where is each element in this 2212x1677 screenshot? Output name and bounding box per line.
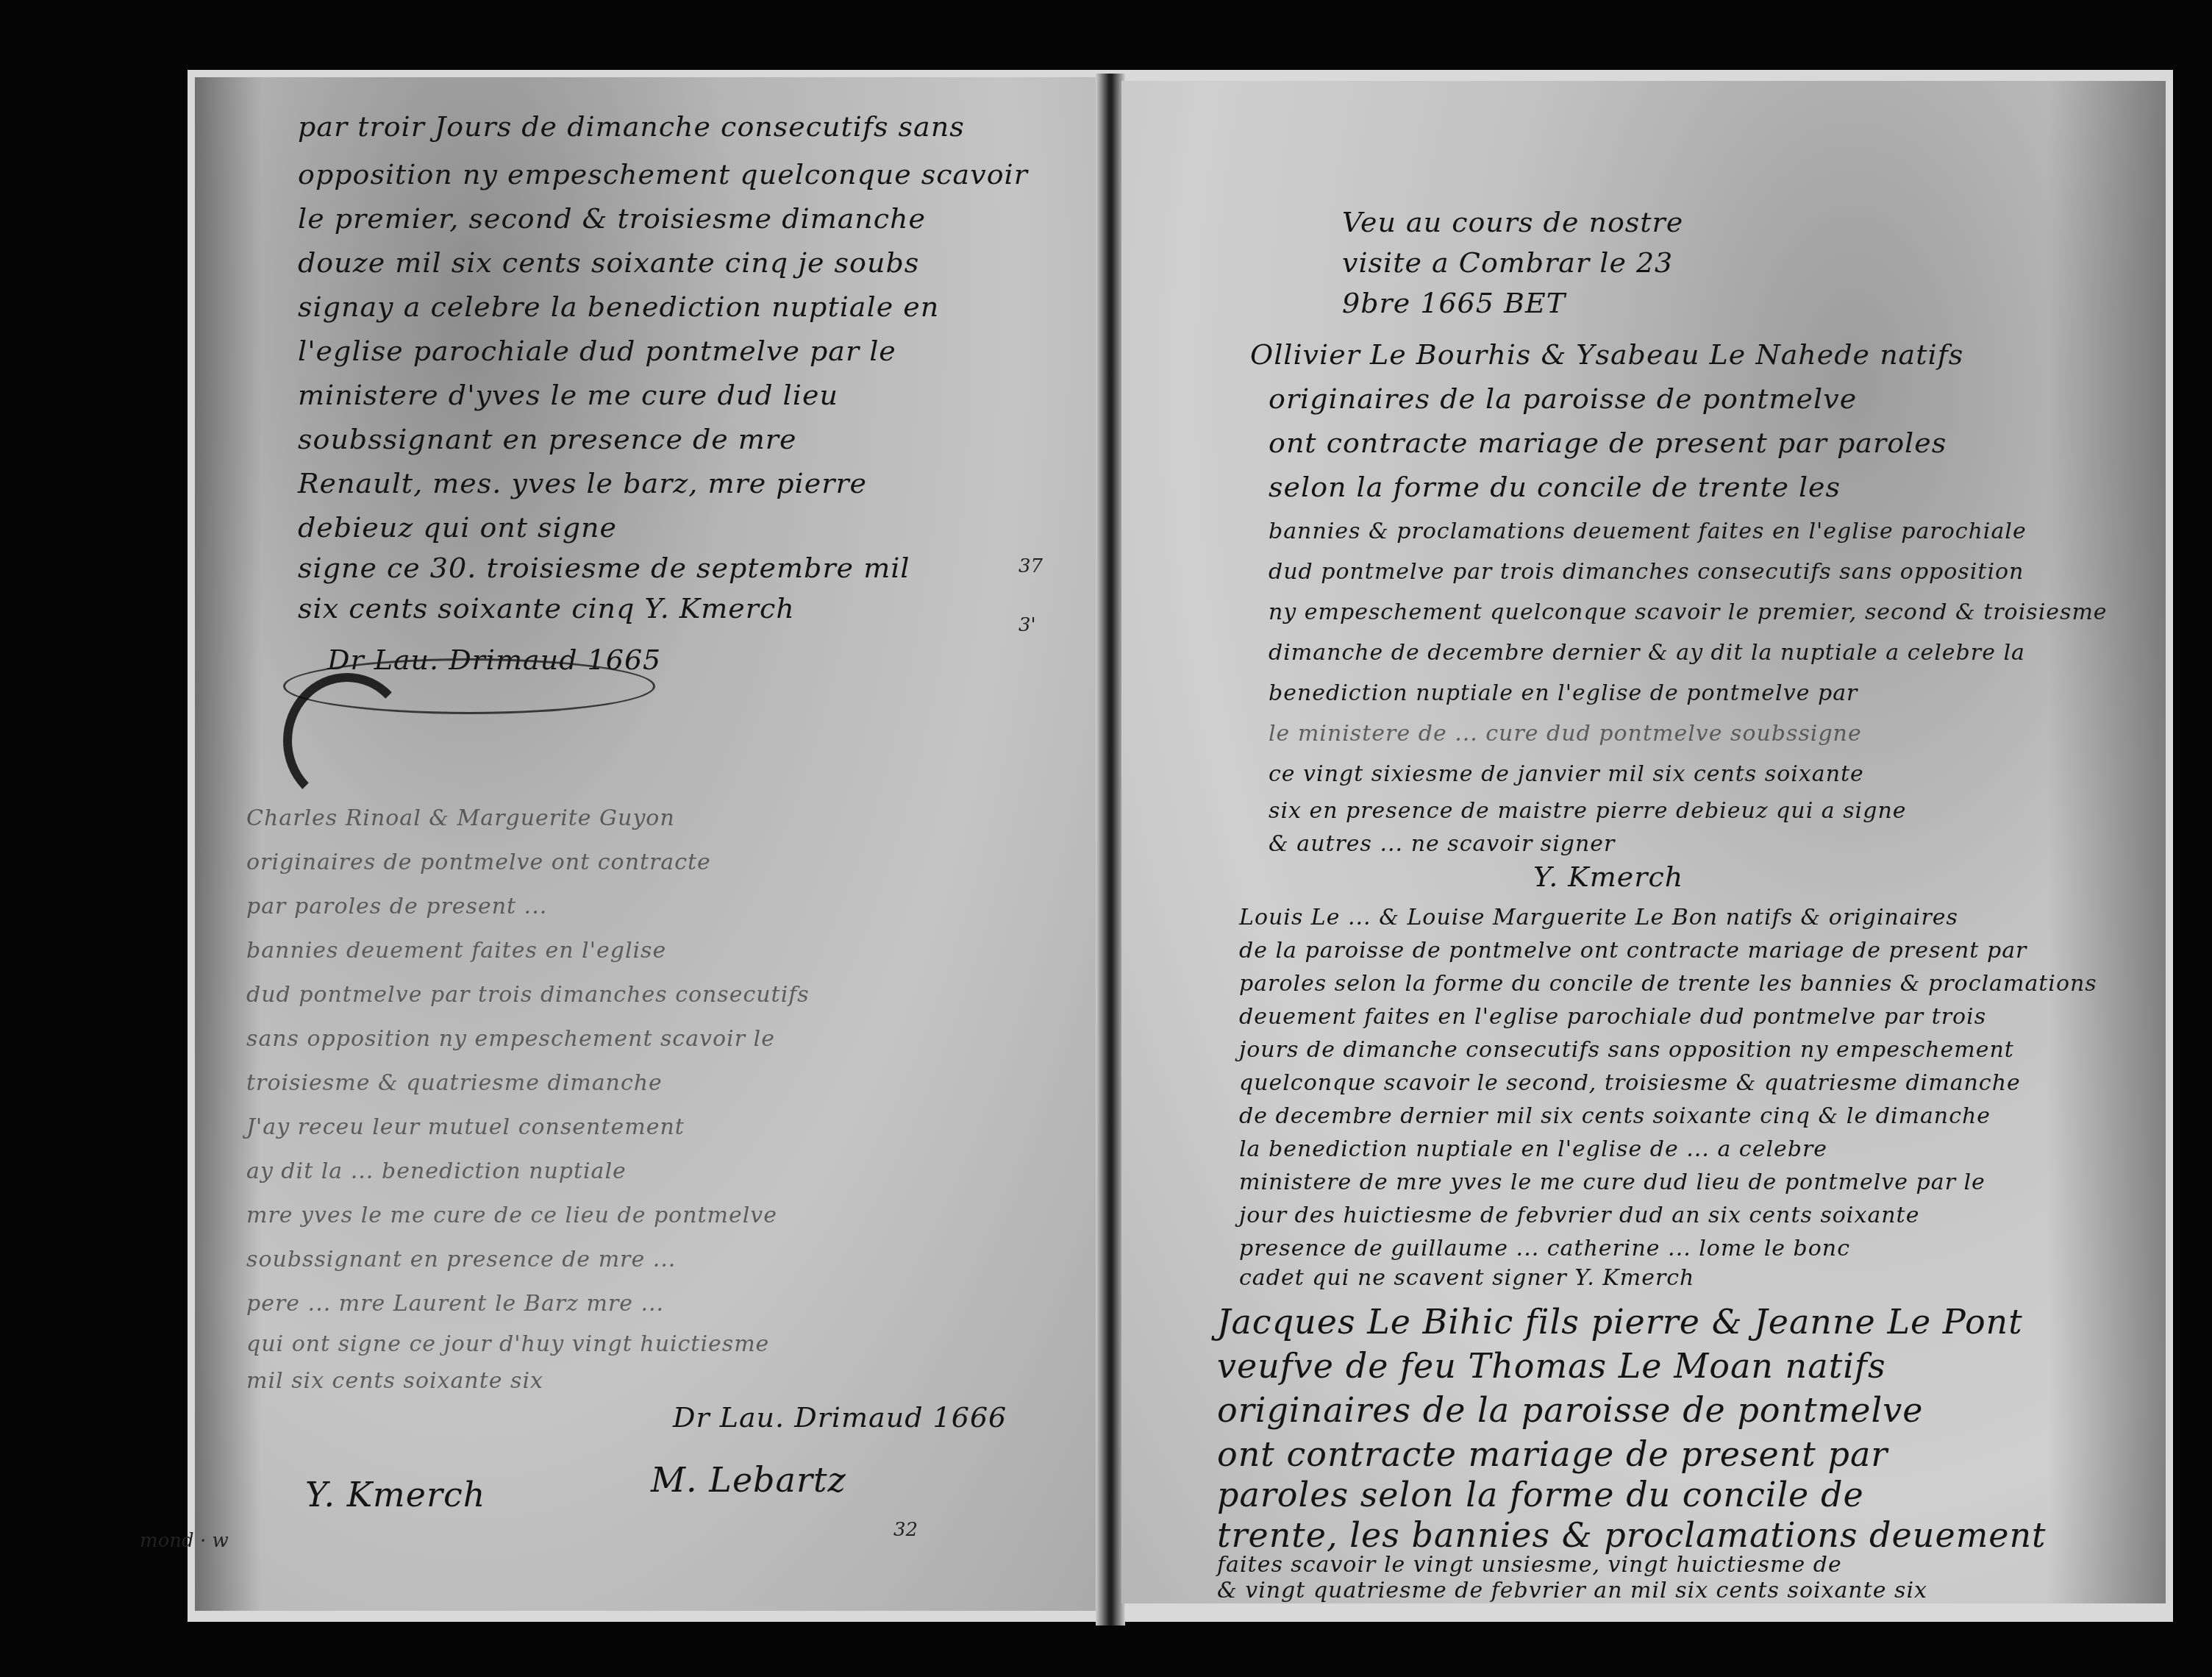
- text-line: benediction nuptiale en l'eglise de pont…: [1269, 680, 1858, 706]
- text-line: douze mil six cents soixante cinq je sou…: [298, 246, 919, 279]
- text-line: dimanche de decembre dernier & ay dit la…: [1269, 640, 2025, 666]
- text-line: paroles selon la forme du concile de: [1217, 1475, 1864, 1514]
- text-line: selon la forme du concile de trente les: [1269, 471, 1841, 503]
- text-line: dud pontmelve par trois dimanches consec…: [1269, 559, 2024, 585]
- text-line: ont contracte mariage de present par par…: [1269, 427, 1947, 459]
- text-line: originaires de pontmelve ont contracte: [246, 850, 711, 875]
- visitation-note: 9bre 1665 BET: [1342, 287, 1566, 319]
- text-line: la benediction nuptiale en l'eglise de .…: [1239, 1136, 1827, 1162]
- signature-flourish: [283, 673, 411, 808]
- text-line: originaires de la paroisse de pontmelve: [1217, 1390, 1923, 1430]
- visitation-note: Veu au cours de nostre: [1342, 206, 1683, 238]
- text-line: l'eglise parochiale dud pontmelve par le: [298, 335, 896, 367]
- text-line: six en presence de maistre pierre debieu…: [1269, 798, 1906, 824]
- text-line: signe ce 30. troisiesme de septembre mil: [298, 552, 910, 584]
- text-line: paroles selon la forme du concile de tre…: [1239, 971, 2097, 997]
- text-line: par paroles de present ...: [246, 894, 547, 919]
- signature: Y. Kmerch: [305, 1475, 485, 1514]
- text-line: ay dit la ... benediction nuptiale: [246, 1158, 627, 1184]
- text-line: jours de dimanche consecutifs sans oppos…: [1239, 1037, 2014, 1063]
- text-line: le premier, second & troisiesme dimanche: [298, 202, 926, 235]
- text-line: ont contracte mariage de present par: [1217, 1434, 1888, 1474]
- text-line: cadet qui ne scavent signer Y. Kmerch: [1239, 1265, 1694, 1291]
- text-line: trente, les bannies & proclamations deue…: [1217, 1515, 2047, 1555]
- text-line: presence de guillaume ... catherine ... …: [1239, 1236, 1850, 1261]
- text-line: ministere de mre yves le me cure dud lie…: [1239, 1169, 1986, 1195]
- page-mark: 3': [1018, 614, 1036, 636]
- text-line: Charles Rinoal & Marguerite Guyon: [246, 805, 675, 831]
- signature: M. Lebartz: [651, 1460, 846, 1500]
- text-line: deuement faites en l'eglise parochiale d…: [1239, 1004, 1986, 1030]
- text-line: de decembre dernier mil six cents soixan…: [1239, 1103, 1991, 1129]
- left-page: par troir Jours de dimanche consecutifs …: [195, 77, 1114, 1611]
- archive-note: mond · w: [140, 1530, 229, 1552]
- visitation-note: visite a Combrar le 23: [1342, 246, 1673, 279]
- text-line: bannies deuement faites en l'eglise: [246, 938, 666, 964]
- text-line: opposition ny empeschement quelconque sc…: [298, 158, 1028, 191]
- page-gutter: [1096, 74, 1125, 1626]
- text-line: J'ay receu leur mutuel consentement: [246, 1114, 685, 1140]
- text-line: par troir Jours de dimanche consecutifs …: [298, 110, 965, 143]
- text-line: Jacques Le Bihic fils pierre & Jeanne Le…: [1217, 1302, 2023, 1342]
- page-mark: 32: [893, 1519, 918, 1541]
- text-line: mre yves le me cure de ce lieu de pontme…: [246, 1203, 777, 1228]
- page-mark: 37: [1018, 555, 1043, 577]
- text-line: troisiesme & quatriesme dimanche: [246, 1070, 663, 1096]
- text-line: Ollivier Le Bourhis & Ysabeau Le Nahede …: [1250, 338, 1963, 371]
- text-line: quelconque scavoir le second, troisiesme…: [1239, 1070, 2021, 1096]
- text-line: soubssignant en presence de mre ...: [246, 1247, 676, 1272]
- text-line: Louis Le ... & Louise Marguerite Le Bon …: [1239, 905, 1958, 930]
- text-line: & vingt quatriesme de febvrier an mil si…: [1217, 1578, 1927, 1603]
- text-line: pere ... mre Laurent le Barz mre ...: [246, 1291, 664, 1317]
- text-line: ny empeschement quelconque scavoir le pr…: [1269, 599, 2108, 625]
- signature-line: Dr Lau. Drimaud 1666: [673, 1401, 1007, 1434]
- text-line: jour des huictiesme de febvrier dud an s…: [1239, 1203, 1919, 1228]
- text-line: debieuz qui ont signe: [298, 511, 617, 544]
- text-line: qui ont signe ce jour d'huy vingt huicti…: [246, 1331, 769, 1357]
- text-line: veufve de feu Thomas Le Moan natifs: [1217, 1346, 1886, 1386]
- text-line: six cents soixante cinq Y. Kmerch: [298, 592, 795, 624]
- text-line: faites scavoir le vingt unsiesme, vingt …: [1217, 1552, 1842, 1578]
- text-line: soubssignant en presence de mre: [298, 423, 797, 455]
- text-line: originaires de la paroisse de pontmelve: [1269, 382, 1857, 415]
- text-line: ministere d'yves le me cure dud lieu: [298, 379, 838, 411]
- text-line: & autres ... ne scavoir signer: [1269, 831, 1615, 857]
- text-line: mil six cents soixante six: [246, 1368, 543, 1394]
- right-page: Veu au cours de nostre visite a Combrar …: [1121, 81, 2166, 1603]
- text-line: bannies & proclamations deuement faites …: [1269, 519, 2027, 544]
- text-line: ce vingt sixiesme de janvier mil six cen…: [1269, 761, 1864, 787]
- signature: Y. Kmerch: [1533, 861, 1683, 893]
- text-line: de la paroisse de pontmelve ont contract…: [1239, 938, 2027, 964]
- text-line: le ministere de ... cure dud pontmelve s…: [1269, 721, 1862, 747]
- text-line: sans opposition ny empeschement scavoir …: [246, 1026, 775, 1052]
- text-line: signay a celebre la benediction nuptiale…: [298, 291, 939, 323]
- text-line: dud pontmelve par trois dimanches consec…: [246, 982, 810, 1008]
- text-line: Renault, mes. yves le barz, mre pierre: [298, 467, 867, 499]
